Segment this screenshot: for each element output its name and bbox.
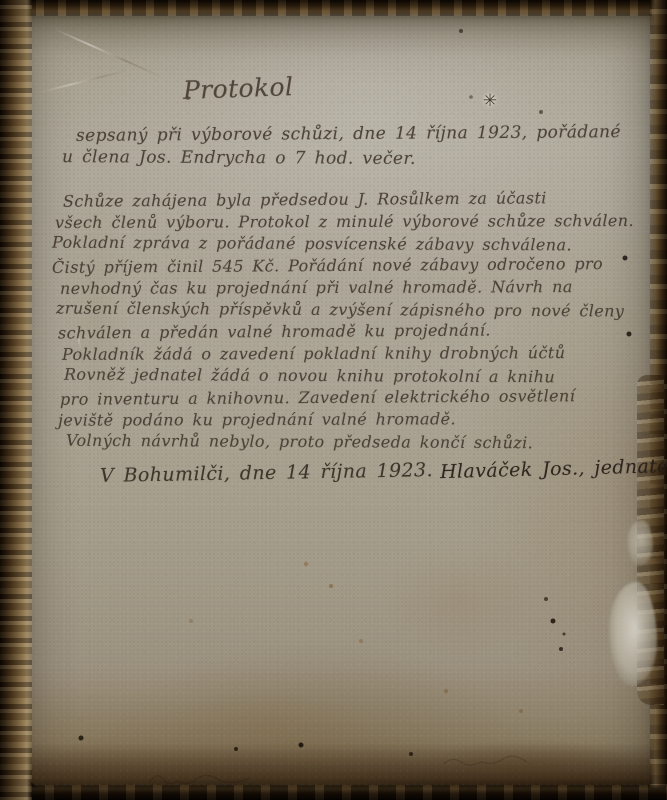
handwritten-line: všech členů výboru. Protokol z minulé vý… <box>55 211 634 232</box>
ink-specks <box>0 0 2 2</box>
peeled-paper-patch <box>627 520 653 566</box>
torn-edge-bottom <box>0 785 667 800</box>
handwritten-line: Schůze zahájena byla předsedou J. Rosůlk… <box>63 188 547 210</box>
handwritten-line: sepsaný při výborové schůzi, dne 14 říjn… <box>76 122 621 146</box>
handwritten-line: jeviště podáno ku projednání valné hroma… <box>58 409 456 429</box>
handwritten-line: Čistý příjem činil 545 Kč. Pořádání nové… <box>52 254 603 277</box>
photographed-document: ✳ Protokol sepsaný při výborové schůzi, … <box>0 0 667 800</box>
torn-edge-left <box>0 0 32 800</box>
faint-scribble <box>145 765 265 791</box>
handwritten-line: zrušení členských příspěvků a zvýšení zá… <box>56 299 624 321</box>
handwritten-line: pro inventuru a knihovnu. Zavedení elekt… <box>60 386 575 409</box>
page-title: Protokol <box>183 72 294 105</box>
star-hole-mark-icon: ✳ <box>477 88 503 114</box>
handwritten-line: nevhodný čas ku projednání při valné hro… <box>60 277 573 298</box>
handwritten-line: schválen a předán valné hromadě ku proje… <box>58 320 491 342</box>
peeled-paper-patch <box>609 582 657 686</box>
faint-scribble <box>440 752 530 770</box>
handwritten-line: Rovněž jednatel žádá o novou knihu proto… <box>64 365 555 387</box>
handwritten-line: Pokladní zpráva z pořádané posvícenské z… <box>52 233 572 255</box>
handwritten-line: u člena Jos. Endrycha o 7 hod. večer. <box>62 147 416 169</box>
handwritten-line: Pokladník žádá o zavedení pokladní knihy… <box>62 343 565 364</box>
handwritten-line: Volných návrhů nebylo, proto předseda ko… <box>66 431 533 452</box>
torn-edge-top <box>0 0 667 16</box>
